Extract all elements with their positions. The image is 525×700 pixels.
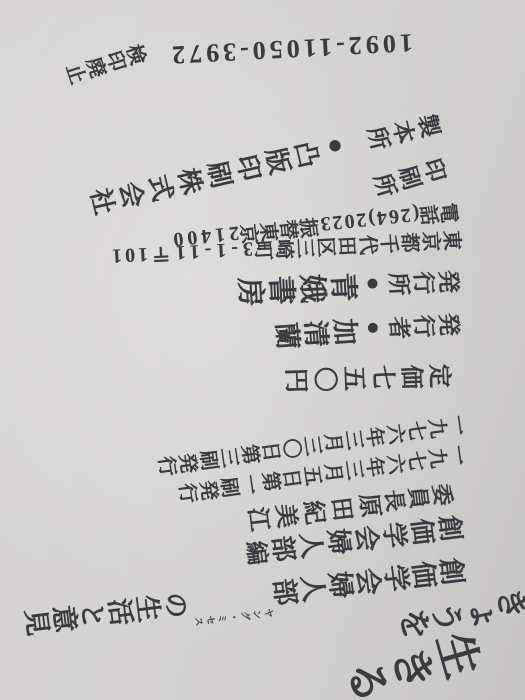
- subtitle-part1: 創価学会: [353, 552, 468, 595]
- binder-label-text: 製本所: [361, 109, 443, 152]
- publisher-row: 発行所●青娥書房: [234, 262, 461, 306]
- stamp-note-text: 検印廃止: [62, 38, 149, 85]
- postal-code: 〒101: [108, 242, 171, 267]
- publisher-mark-dot: ●: [358, 270, 386, 296]
- subtitle-ruby: 婦人部ヤング・ミセス: [188, 566, 356, 616]
- printer-name-text: 凸版印刷株式会社: [83, 135, 323, 217]
- printer-label-text: 印刷所: [368, 153, 450, 200]
- issuer-givenname: 蘭: [273, 317, 302, 349]
- editor-suffix: 編: [244, 535, 271, 564]
- printer-label: 印刷所: [367, 152, 449, 199]
- issuer-label: 発行者: [385, 309, 462, 339]
- stamp-note: 検印廃止: [62, 38, 149, 85]
- phone-label: 電話: [418, 198, 460, 224]
- publisher-name: 青娥書房: [234, 268, 360, 306]
- chair-title: 委員長: [381, 480, 456, 514]
- subtitle-part2: の生活と意見: [21, 586, 191, 636]
- first-printing-label: 第一刷発行: [176, 467, 283, 503]
- address-number: 3-1-11: [170, 237, 253, 263]
- colophon-page-photo: 1092-11050-3972検印廃止製本所印刷所●凸版印刷株式会社電話(264…: [0, 0, 525, 700]
- price-value: 七五〇円: [280, 361, 397, 392]
- binder-label: 製本所: [361, 108, 443, 152]
- price-label: 定価: [396, 359, 453, 387]
- price-row: 定価七五〇円: [280, 358, 453, 392]
- printer-name: ●凸版印刷株式会社: [83, 128, 354, 217]
- issuer-row: 発行者●加清蘭: [273, 306, 462, 349]
- publisher-label: 発行所: [385, 266, 461, 295]
- issuer-surname: 加清: [300, 313, 360, 347]
- subtitle-ruby: 婦人部: [269, 566, 356, 606]
- issuer-mark-dot: ●: [358, 314, 387, 341]
- subtitle-row-furigana: ヤング・ミセス: [192, 605, 275, 626]
- book-code-number: 1092-11050-3972: [167, 28, 413, 70]
- book-code: 1092-11050-3972: [167, 28, 413, 70]
